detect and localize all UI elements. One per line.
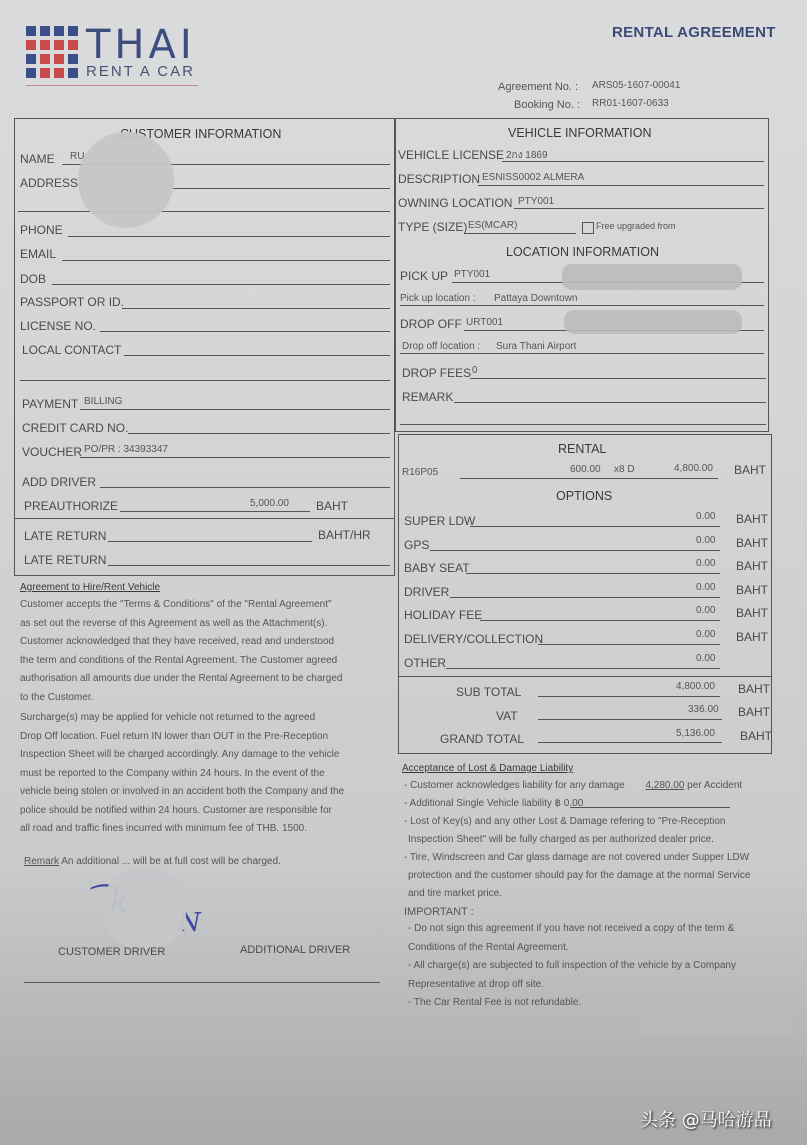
option-value: 0.00 [696, 511, 715, 522]
dropoff-location-field[interactable] [400, 353, 764, 354]
text-line: as set out the reverse of this Agreement… [20, 615, 390, 634]
remark-note-label: Remark [24, 856, 59, 867]
rental-code: R16P05 [402, 467, 438, 478]
passport-label: PASSPORT OR ID. [20, 295, 124, 309]
text-line: police should be notified within 24 hour… [20, 802, 390, 821]
liability-damage-value: 4,280.00 [645, 780, 684, 791]
agreement-heading: Agreement to Hire/Rent Vehicle [20, 579, 160, 598]
option-label: DRIVER [404, 585, 449, 599]
text-line: - Do not sign this agreement if you have… [408, 920, 798, 939]
important-list: - Do not sign this agreement if you have… [408, 920, 798, 1013]
late-return-2-field[interactable] [108, 565, 390, 566]
text-line: Customer acknowledged that they have rec… [20, 633, 390, 652]
preauthorize-unit: BAHT [316, 499, 348, 513]
remark-note: Remark An additional ... will be at full… [24, 853, 281, 872]
owning-location-value[interactable]: PTY001 [518, 196, 554, 207]
pickup-location-label: Pick up location : [400, 293, 476, 304]
address-label: ADDRESS [20, 176, 78, 190]
additional-driver-label: ADDITIONAL DRIVER [240, 944, 350, 956]
option-label: BABY SEAT [404, 561, 470, 575]
owning-location-label: OWNING LOCATION [398, 196, 512, 210]
liability-damage: - Customer acknowledges liability for an… [404, 777, 742, 796]
payment-value[interactable]: BILLING [84, 396, 122, 407]
preauthorize-label: PREAUTHORIZE [24, 499, 118, 513]
type-size-label: TYPE (SIZE) [398, 220, 467, 234]
dropoff-location-label: Drop off location : [402, 341, 480, 352]
remark-field-2[interactable] [400, 424, 766, 425]
privacy-blur [640, 1004, 790, 1034]
rental-unit: BAHT [734, 463, 766, 477]
text-line: vehicle being stolen or involved in an a… [20, 783, 390, 802]
divider [398, 676, 772, 677]
type-size-value[interactable]: ES(MCAR) [468, 220, 517, 231]
email-label: EMAIL [20, 247, 56, 261]
lost-keys-line-2: Inspection Sheet" will be fully charged … [408, 831, 714, 850]
late-return-unit: BAHT/HR [318, 528, 371, 542]
description-value[interactable]: ESNISS0002 ALMERA [482, 172, 584, 183]
license-no-field[interactable] [100, 331, 390, 332]
option-field [430, 550, 720, 551]
option-label: OTHER [404, 656, 446, 670]
text-line: must be reported to the Company within 2… [20, 765, 390, 784]
privacy-blur [104, 870, 186, 948]
payment-field[interactable] [80, 409, 390, 410]
add-driver-field[interactable] [100, 487, 390, 488]
voucher-field[interactable] [80, 457, 390, 458]
option-field [470, 526, 720, 527]
privacy-blur [562, 264, 742, 290]
type-size-field[interactable] [464, 233, 576, 234]
location-info-heading: LOCATION INFORMATION [506, 245, 659, 259]
option-field [538, 644, 720, 645]
option-value: 0.00 [696, 558, 715, 569]
grand-total-field [538, 742, 722, 743]
document-title: RENTAL AGREEMENT [612, 24, 776, 41]
owning-location-field[interactable] [514, 208, 764, 209]
option-field [466, 573, 720, 574]
vehicle-license-label: VEHICLE LICENSE [398, 148, 504, 162]
dropoff-label: DROP OFF [400, 317, 462, 331]
single-vehicle-text: - Additional Single Vehicle liability ฿ [404, 798, 561, 809]
lost-keys-line-1: - Lost of Key(s) and any other Lost & Da… [404, 813, 726, 832]
subtotal-unit: BAHT [738, 682, 770, 696]
local-contact-field-2[interactable] [20, 380, 390, 381]
logo-underline [26, 85, 198, 86]
text-line: Customer accepts the "Terms & Conditions… [20, 596, 390, 615]
text-line: Inspection Sheet will be charged accordi… [20, 746, 390, 765]
signature-line[interactable] [24, 982, 380, 983]
text-line: Representative at drop off site. [408, 976, 798, 995]
vat-unit: BAHT [738, 705, 770, 719]
voucher-label: VOUCHER [22, 445, 82, 459]
option-label: SUPER LDW [404, 514, 475, 528]
vat-value: 336.00 [688, 704, 719, 715]
important-heading: IMPORTANT : [404, 903, 474, 922]
option-value: 0.00 [696, 653, 715, 664]
rental-amount: 4,800.00 [674, 463, 713, 474]
payment-label: PAYMENT [22, 397, 78, 411]
option-label: HOLIDAY FEE [404, 608, 482, 622]
pickup-location-value[interactable]: Pattaya Downtown [494, 293, 577, 304]
passport-field[interactable] [122, 308, 390, 309]
privacy-blur [78, 132, 174, 228]
liability-damage-text: - Customer acknowledges liability for an… [404, 780, 625, 791]
option-value: 0.00 [696, 582, 715, 593]
privacy-blur [564, 310, 742, 334]
text-line: all road and traffic fines incurred with… [20, 820, 390, 839]
description-label: DESCRIPTION [398, 172, 480, 186]
pickup-value[interactable]: PTY001 [454, 269, 490, 280]
booking-no-value: RR01-1607-0633 [592, 98, 669, 109]
liability-damage-suffix: per Accident [687, 780, 742, 791]
phone-field[interactable] [68, 236, 390, 237]
option-unit: BAHT [736, 583, 768, 597]
credit-card-field[interactable] [128, 433, 390, 434]
preauthorize-field[interactable] [120, 511, 310, 512]
description-field[interactable] [478, 185, 764, 186]
option-value: 0.00 [696, 605, 715, 616]
option-label: DELIVERY/COLLECTION [404, 632, 543, 646]
surcharge-paragraph: Surcharge(s) may be applied for vehicle … [20, 709, 390, 839]
drop-fees-field[interactable] [470, 378, 766, 379]
late-return-field[interactable] [108, 541, 312, 542]
remark-note-text: An additional ... will be at full cost w… [61, 856, 281, 867]
agreement-no-value: ARS05-1607-00041 [592, 80, 680, 91]
local-contact-label: LOCAL CONTACT [22, 343, 121, 357]
agreement-no-label: Agreement No. : [498, 81, 578, 93]
customer-driver-label: CUSTOMER DRIVER [58, 946, 165, 958]
pickup-label: PICK UP [400, 269, 448, 283]
credit-card-label: CREDIT CARD NO. [22, 421, 128, 435]
tire-line-1: - Tire, Windscreen and Car glass damage … [404, 849, 749, 868]
drop-fees-value[interactable]: 0 [472, 365, 478, 376]
option-value: 0.00 [696, 629, 715, 640]
tire-line-2: protection and the customer should pay f… [408, 867, 750, 886]
watermark: 头条 @马哈游品 [640, 1106, 772, 1132]
text-line: to the Customer. [20, 689, 390, 708]
email-field[interactable] [62, 260, 390, 261]
option-value: 0.00 [696, 535, 715, 546]
dropoff-location-value[interactable]: Sura Thani Airport [496, 341, 576, 352]
free-upgrade-label: Free upgraded from [596, 221, 676, 231]
option-label: GPS [404, 538, 429, 552]
booking-no-label: Booking No. : [514, 99, 580, 111]
subtotal-label: SUB TOTAL [456, 685, 521, 699]
text-line: the term and conditions of the Rental Ag… [20, 652, 390, 671]
logo-grid-icon [26, 26, 78, 78]
text-line: authorisation all amounts due under the … [20, 670, 390, 689]
address-field[interactable] [172, 188, 390, 189]
dob-field[interactable] [52, 284, 390, 285]
option-unit: BAHT [736, 606, 768, 620]
pickup-location-field[interactable] [400, 305, 764, 306]
grand-total-value: 5,136.00 [676, 728, 715, 739]
option-unit: BAHT [736, 536, 768, 550]
liability-heading: Acceptance of Lost & Damage Liability [402, 760, 573, 779]
license-no-label: LICENSE NO. [20, 319, 96, 333]
text-line: Drop Off location. Fuel return IN lower … [20, 728, 390, 747]
remark-field[interactable] [454, 402, 766, 403]
vehicle-license-field[interactable] [502, 161, 764, 162]
vehicle-info-heading: VEHICLE INFORMATION [508, 126, 652, 140]
rental-agreement-page: THAI RENT A CAR RENTAL AGREEMENT Agreeme… [0, 0, 807, 1145]
late-return-2-label: LATE RETURN [24, 553, 106, 567]
grand-total-unit: BAHT [740, 729, 772, 743]
option-unit: BAHT [736, 559, 768, 573]
single-vehicle-field [570, 807, 730, 808]
local-contact-field[interactable] [124, 355, 390, 356]
voucher-value[interactable]: PO/PR : 34393347 [84, 444, 168, 455]
agreement-paragraph: Customer accepts the "Terms & Conditions… [20, 596, 390, 707]
subtotal-value: 4,800.00 [676, 681, 715, 692]
liability-single-vehicle: - Additional Single Vehicle liability ฿ … [404, 795, 583, 814]
brand-logo-subtitle: RENT A CAR [86, 63, 195, 80]
address-field-2[interactable] [18, 211, 390, 212]
options-heading: OPTIONS [556, 489, 612, 503]
name-label: NAME [20, 152, 55, 166]
rental-days: x8 D [614, 464, 635, 475]
option-field [480, 620, 720, 621]
dob-label: DOB [20, 272, 46, 286]
tire-line-3: and tire market price. [408, 885, 502, 904]
vat-label: VAT [496, 709, 518, 723]
rental-field [460, 478, 718, 479]
text-line: Conditions of the Rental Agreement. [408, 939, 798, 958]
grand-total-label: GRAND TOTAL [440, 732, 524, 746]
subtotal-field [538, 696, 720, 697]
vat-field [538, 719, 722, 720]
option-unit: BAHT [736, 512, 768, 526]
add-driver-label: ADD DRIVER [22, 475, 96, 489]
option-field [450, 597, 720, 598]
option-field [446, 668, 720, 669]
divider [14, 518, 395, 519]
drop-fees-label: DROP FEES [402, 366, 471, 380]
preauthorize-value[interactable]: 5,000.00 [250, 498, 289, 509]
phone-label: PHONE [20, 223, 63, 237]
remark-label: REMARK [402, 390, 453, 404]
option-unit: BAHT [736, 630, 768, 644]
rental-heading: RENTAL [558, 442, 606, 456]
text-line: Surcharge(s) may be applied for vehicle … [20, 709, 390, 728]
late-return-label: LATE RETURN [24, 529, 106, 543]
dropoff-value[interactable]: URT001 [466, 317, 503, 328]
rental-rate: 600.00 [570, 464, 601, 475]
free-upgrade-checkbox[interactable] [582, 222, 594, 234]
text-line: - All charge(s) are subjected to full in… [408, 957, 798, 976]
brand-logo-text: THAI [86, 22, 196, 68]
